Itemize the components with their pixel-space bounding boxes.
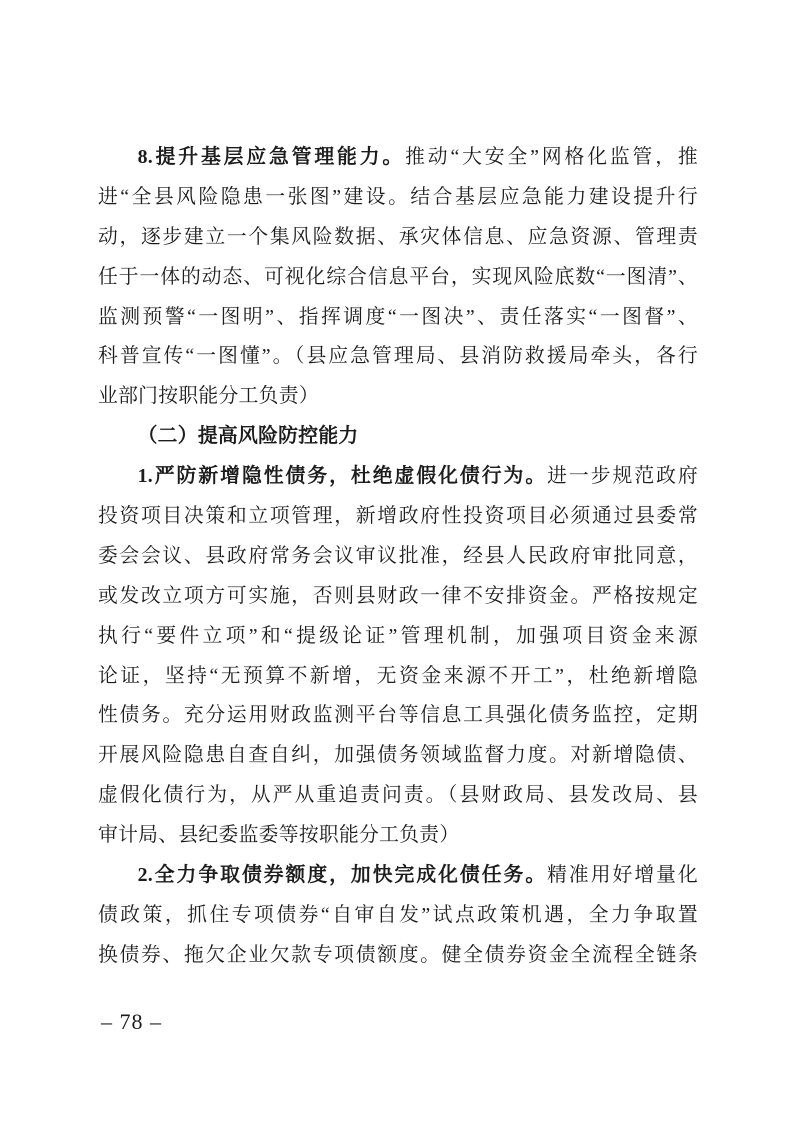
text-line: 任于一体的动态、可视化综合信息平台，实现风险底数“一图清”、	[98, 258, 698, 298]
text-segment: 论证，坚持“无预算不新增，无资金来源不开工”，杜绝新增隐	[98, 665, 698, 687]
paragraph-section-2-heading: （二）提高风险防控能力	[98, 417, 698, 457]
text-line: 性债务。充分运用财政监测平台等信息工具强化债务监控，定期	[98, 696, 698, 736]
page-number: – 78 –	[101, 1009, 162, 1035]
text-segment: 精准用好增量化	[547, 864, 698, 886]
text-line: 论证，坚持“无预算不新增，无资金来源不开工”，杜绝新增隐	[98, 657, 698, 697]
text-line: 开展风险隐患自查自纠，加强债务领域监督力度。对新增隐债、	[98, 736, 698, 776]
text-line: 换债券、拖欠企业欠款专项债额度。健全债券资金全流程全链条	[98, 936, 698, 976]
text-segment: 进“全县风险隐患一张图”建设。结合基层应急能力建设提升行	[98, 186, 698, 208]
text-segment: 动，逐步建立一个集风险数据、承灾体信息、应急资源、管理责	[98, 226, 698, 248]
text-segment: 科普宣传“一图懂”。（县应急管理局、县消防救援局牵头，各行	[98, 345, 698, 367]
page-background: 8.提升基层应急管理能力。推动“大安全”网格化监管，推进“全县风险隐患一张图”建…	[0, 0, 793, 1122]
bold-text-segment: 8.提升基层应急管理能力。	[138, 146, 406, 168]
text-segment: 投资项目决策和立项管理，新增政府性投资项目必须通过县委常	[98, 505, 698, 527]
text-line: 科普宣传“一图懂”。（县应急管理局、县消防救援局牵头，各行	[98, 337, 698, 377]
text-line: 2.全力争取债券额度，加快完成化债任务。精准用好增量化	[98, 856, 698, 896]
paragraph-item-2-bond-quota: 2.全力争取债券额度，加快完成化债任务。精准用好增量化债政策，抓住专项债券“自审…	[98, 856, 698, 976]
text-line: 执行“要件立项”和“提级论证”管理机制，加强项目资金来源	[98, 617, 698, 657]
paragraph-item-8-emergency-management: 8.提升基层应急管理能力。推动“大安全”网格化监管，推进“全县风险隐患一张图”建…	[98, 138, 698, 417]
text-block: 8.提升基层应急管理能力。推动“大安全”网格化监管，推进“全县风险隐患一张图”建…	[98, 138, 698, 976]
text-line: 8.提升基层应急管理能力。推动“大安全”网格化监管，推	[98, 138, 698, 178]
text-segment: 换债券、拖欠企业欠款专项债额度。健全债券资金全流程全链条	[98, 944, 698, 966]
text-segment: 执行“要件立项”和“提级论证”管理机制，加强项目资金来源	[98, 625, 698, 647]
text-segment: 进一步规范政府	[547, 465, 698, 487]
text-segment: 审计局、县纪委监委等按职能分工负责）	[98, 824, 459, 846]
text-segment: 监测预警“一图明”、指挥调度“一图决”、责任落实“一图督”、	[98, 306, 698, 328]
text-line: 进“全县风险隐患一张图”建设。结合基层应急能力建设提升行	[98, 178, 698, 218]
text-line: 或发改立项方可实施，否则县财政一律不安排资金。严格按规定	[98, 577, 698, 617]
text-line: 1.严防新增隐性债务，杜绝虚假化债行为。进一步规范政府	[98, 457, 698, 497]
document-page: { "page": { "background_color": "#ffffff…	[0, 0, 793, 1122]
text-segment: 任于一体的动态、可视化综合信息平台，实现风险底数“一图清”、	[98, 266, 698, 288]
text-line: 投资项目决策和立项管理，新增政府性投资项目必须通过县委常	[98, 497, 698, 537]
text-line: 业部门按职能分工负责）	[98, 377, 698, 417]
text-segment: 委会会议、县政府常务会议审议批准，经县人民政府审批同意，	[98, 545, 698, 567]
text-segment: 债政策，抓住专项债券“自审自发”试点政策机遇，全力争取置	[98, 904, 698, 926]
text-segment: 虚假化债行为，从严从重追责问责。（县财政局、县发改局、县	[98, 784, 698, 806]
paragraph-item-1-hidden-debt: 1.严防新增隐性债务，杜绝虚假化债行为。进一步规范政府投资项目决策和立项管理，新…	[98, 457, 698, 856]
text-segment: 业部门按职能分工负责）	[98, 385, 319, 407]
text-segment: 推动“大安全”网格化监管，推	[405, 146, 698, 168]
bold-text-segment: 1.严防新增隐性债务，杜绝虚假化债行为。	[138, 465, 548, 487]
text-segment: 或发改立项方可实施，否则县财政一律不安排资金。严格按规定	[98, 585, 698, 607]
bold-text-segment: （二）提高风险防控能力	[138, 425, 359, 447]
text-line: 债政策，抓住专项债券“自审自发”试点政策机遇，全力争取置	[98, 896, 698, 936]
text-segment: 性债务。充分运用财政监测平台等信息工具强化债务监控，定期	[98, 704, 698, 726]
text-line: 监测预警“一图明”、指挥调度“一图决”、责任落实“一图督”、	[98, 298, 698, 338]
text-line: 审计局、县纪委监委等按职能分工负责）	[98, 816, 698, 856]
text-line: 虚假化债行为，从严从重追责问责。（县财政局、县发改局、县	[98, 776, 698, 816]
text-line: 动，逐步建立一个集风险数据、承灾体信息、应急资源、管理责	[98, 218, 698, 258]
bold-text-segment: 2.全力争取债券额度，加快完成化债任务。	[138, 864, 548, 886]
text-line: 委会会议、县政府常务会议审议批准，经县人民政府审批同意，	[98, 537, 698, 577]
text-line: （二）提高风险防控能力	[98, 417, 698, 457]
text-segment: 开展风险隐患自查自纠，加强债务领域监督力度。对新增隐债、	[98, 744, 698, 766]
